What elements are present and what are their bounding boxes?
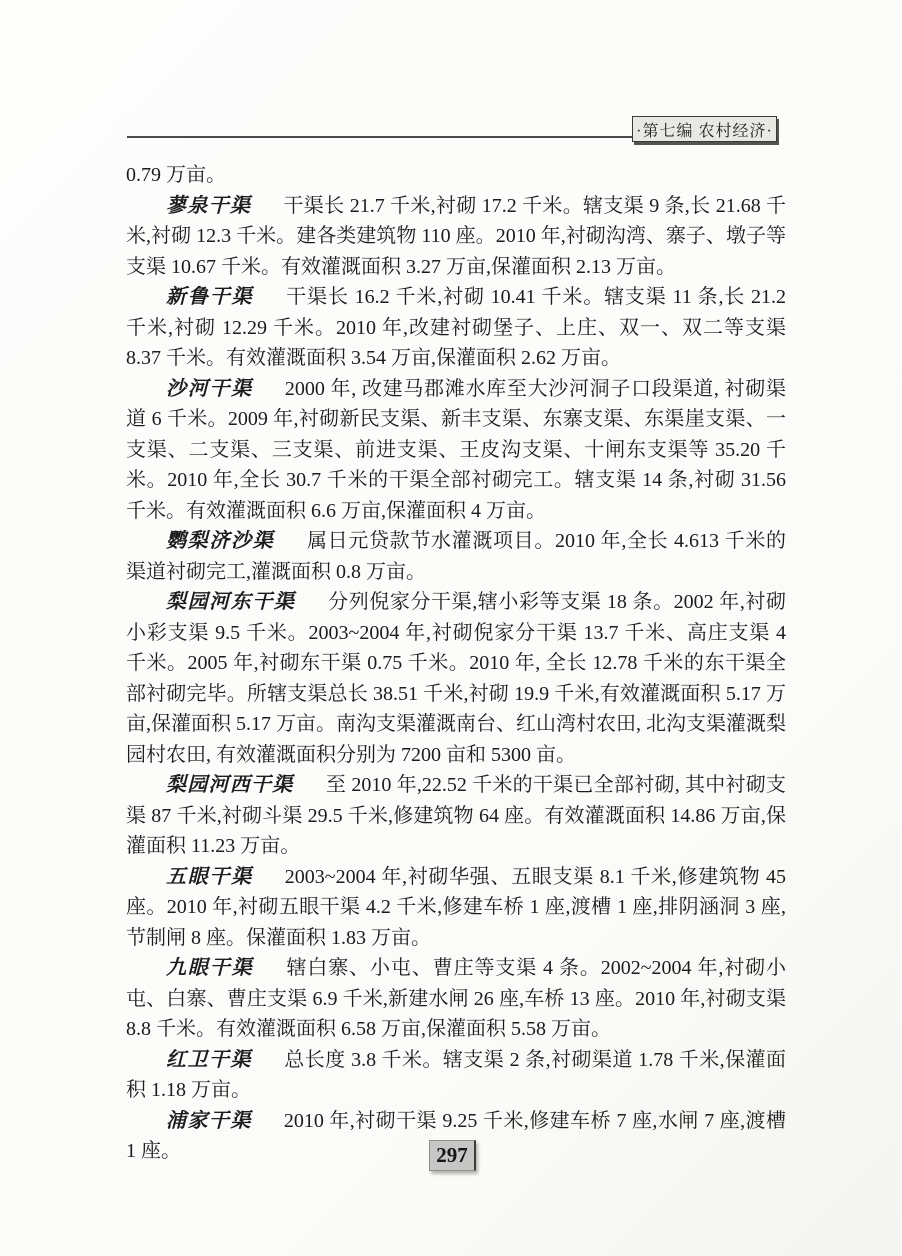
canal-paragraph: 梨园河西干渠至 2010 年,22.52 千米的干渠已全部衬砌, 其中衬砌支渠 … — [126, 770, 786, 862]
page-body-text: 0.79 万亩。 蓼泉干渠干渠长 21.7 千米,衬砌 17.2 千米。辖支渠 … — [126, 160, 786, 1167]
canal-paragraph: 九眼干渠辖白寨、小屯、曹庄等支渠 4 条。2002~2004 年,衬砌小屯、白寨… — [126, 953, 786, 1045]
canal-name: 红卫干渠 — [166, 1049, 252, 1071]
canal-paragraph: 梨园河东干渠分列倪家分干渠,辖小彩等支渠 18 条。2002 年,衬砌小彩支渠 … — [126, 587, 786, 770]
canal-paragraph-text: 分列倪家分干渠,辖小彩等支渠 18 条。2002 年,衬砌小彩支渠 9.5 千米… — [126, 591, 786, 766]
canal-paragraph: 新鲁干渠干渠长 16.2 千米,衬砌 10.41 千米。辖支渠 11 条,长 2… — [126, 282, 786, 374]
canal-paragraph: 红卫干渠总长度 3.8 千米。辖支渠 2 条,衬砌渠道 1.78 千米,保灌面积… — [126, 1045, 786, 1106]
canal-paragraph: 蓼泉干渠干渠长 21.7 千米,衬砌 17.2 千米。辖支渠 9 条,长 21.… — [126, 191, 786, 283]
canal-paragraph: 沙河干渠2000 年, 改建马郡滩水库至大沙河洞子口段渠道, 衬砌渠道 6 千米… — [126, 374, 786, 527]
continuation-line: 0.79 万亩。 — [126, 160, 786, 191]
scanned-book-page: ·第七编 农村经济· 0.79 万亩。 蓼泉干渠干渠长 21.7 千米,衬砌 1… — [0, 0, 902, 1256]
canal-paragraph: 五眼干渠2003~2004 年,衬砌华强、五眼支渠 8.1 千米,修建筑物 45… — [126, 862, 786, 954]
canal-name: 沙河干渠 — [166, 378, 253, 400]
canal-name: 九眼干渠 — [166, 957, 254, 979]
canal-name: 蓼泉干渠 — [166, 195, 251, 217]
header-rule — [127, 136, 659, 138]
canal-name: 鹦梨济沙渠 — [166, 530, 274, 552]
canal-paragraph: 鹦梨济沙渠属日元贷款节水灌溉项目。2010 年,全长 4.613 千米的渠道衬砌… — [126, 526, 786, 587]
canal-name: 梨园河西干渠 — [166, 774, 294, 796]
canal-name: 五眼干渠 — [166, 866, 253, 888]
page-number-badge: 297 — [429, 1140, 476, 1171]
canal-name: 梨园河东干渠 — [166, 591, 296, 613]
canal-name: 浦家干渠 — [166, 1110, 252, 1132]
section-header-badge: ·第七编 农村经济· — [632, 116, 777, 142]
canal-name: 新鲁干渠 — [166, 286, 253, 308]
